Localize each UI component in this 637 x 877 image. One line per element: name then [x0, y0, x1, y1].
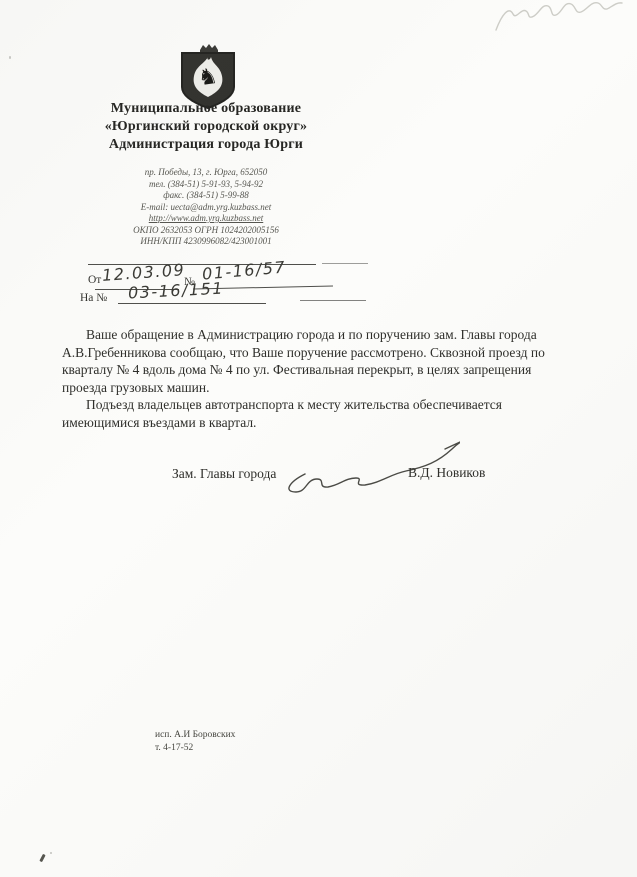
faint-pencil-scribble [488, 0, 628, 42]
letterhead-contact-block: пр. Победы, 13, г. Юрга, 652050 тел. (38… [38, 167, 374, 248]
letter-body: Ваше обращение в Администрацию города и … [62, 326, 570, 432]
signer-name: В.Д. Новиков [408, 465, 485, 481]
scan-speck [9, 56, 11, 59]
executor-block: исп. А.И Боровских т. 4-17-52 [155, 729, 235, 755]
reply-underline [118, 303, 266, 304]
address-line: пр. Победы, 13, г. Юрга, 652050 [38, 167, 374, 179]
signer-title: Зам. Главы города [172, 466, 276, 482]
reply-underline-right [300, 300, 366, 301]
emblem-crown [200, 44, 218, 53]
scanned-letter-page: ♞ Муниципальное образование «Юргинский г… [0, 0, 637, 877]
org-name-line2: «Юргинский городской округ» [38, 118, 374, 136]
fax-line: факс. (384-51) 5-99-88 [38, 190, 374, 202]
executor-phone: т. 4-17-52 [155, 742, 235, 755]
phone-line: тел. (384-51) 5-91-93, 5-94-92 [38, 179, 374, 191]
inn-kpp-line: ИНН/КПП 4230996082/423001001 [38, 236, 374, 248]
reply-to-label: На № [80, 292, 107, 304]
website-line: http://www.adm.yrg.kuzbass.net [38, 213, 374, 225]
from-label: От [88, 274, 101, 286]
scan-speck [50, 852, 52, 854]
email-line: E-mail: uecta@adm.yrg.kuzbass.net [38, 202, 374, 214]
emblem-horse-icon: ♞ [196, 64, 219, 92]
okpo-ogrn-line: ОКПО 2632053 ОГРН 1024202005156 [38, 225, 374, 237]
handwritten-incoming-number: 03-16/151 [128, 279, 225, 303]
scan-mark-bottom-left [39, 854, 45, 862]
body-paragraph-1: Ваше обращение в Администрацию города и … [62, 326, 570, 396]
executor-name: исп. А.И Боровских [155, 729, 235, 742]
ref-top-rule-extension [322, 263, 368, 264]
body-paragraph-2: Подъезд владельцев автотранспорта к мест… [62, 396, 570, 431]
handwritten-signature [275, 428, 460, 494]
org-name-line1: Муниципальное образование [38, 100, 374, 118]
letterhead-org-name: Муниципальное образование «Юргинский гор… [38, 100, 374, 154]
org-name-line3: Администрация города Юрги [38, 136, 374, 154]
